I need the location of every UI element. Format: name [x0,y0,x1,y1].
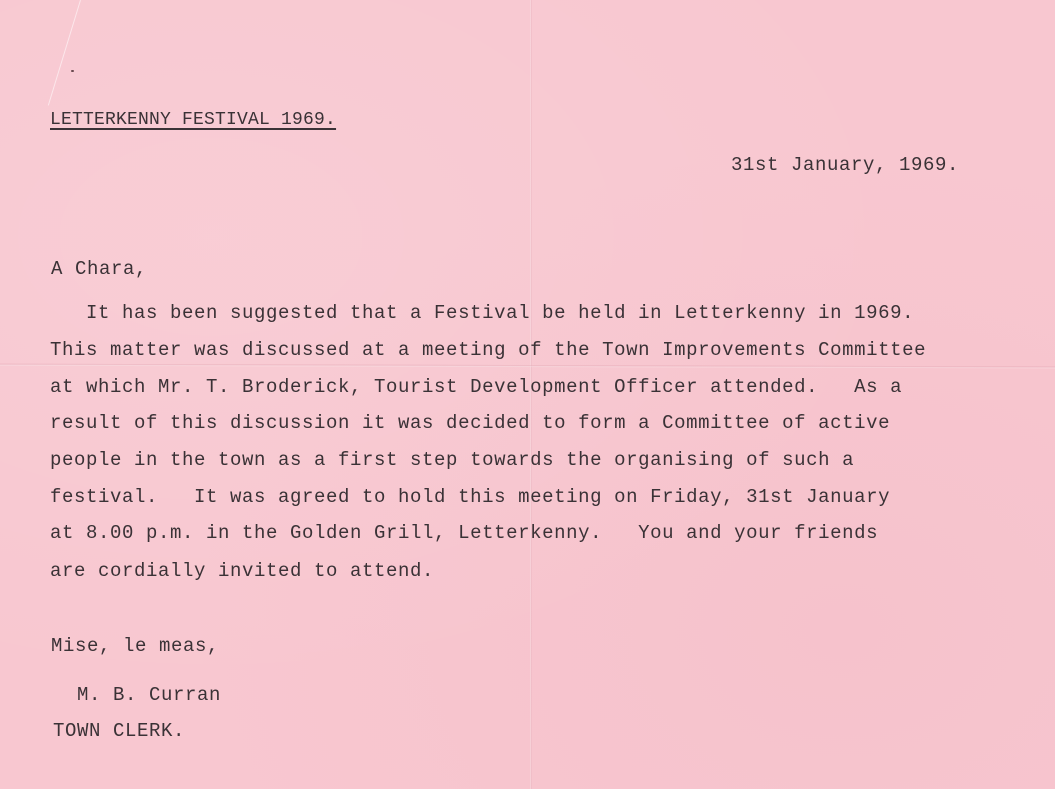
body-line: people in the town as a first step towar… [50,451,854,470]
letter-page: LETTERKENNY FESTIVAL 1969. 31st January,… [0,0,1055,789]
body-line: result of this discussion it was decided… [50,414,890,433]
letter-date: 31st January, 1969. [731,156,959,175]
letter-heading: LETTERKENNY FESTIVAL 1969. [50,111,336,129]
horizontal-fold-line [0,364,1055,369]
paper-crease [48,0,81,105]
body-line: are cordially invited to attend. [50,562,434,581]
signer-title: TOWN CLERK. [53,722,185,741]
body-line: It has been suggested that a Festival be… [50,304,914,323]
signer-name: M. B. Curran [77,686,221,705]
body-line: at which Mr. T. Broderick, Tourist Devel… [50,378,902,397]
body-line: festival. It was agreed to hold this mee… [50,488,890,507]
body-line: This matter was discussed at a meeting o… [50,341,926,360]
body-line: at 8.00 p.m. in the Golden Grill, Letter… [50,524,878,543]
closing: Mise, le meas, [51,637,219,656]
ink-speck [71,70,74,72]
salutation: A Chara, [51,260,147,279]
